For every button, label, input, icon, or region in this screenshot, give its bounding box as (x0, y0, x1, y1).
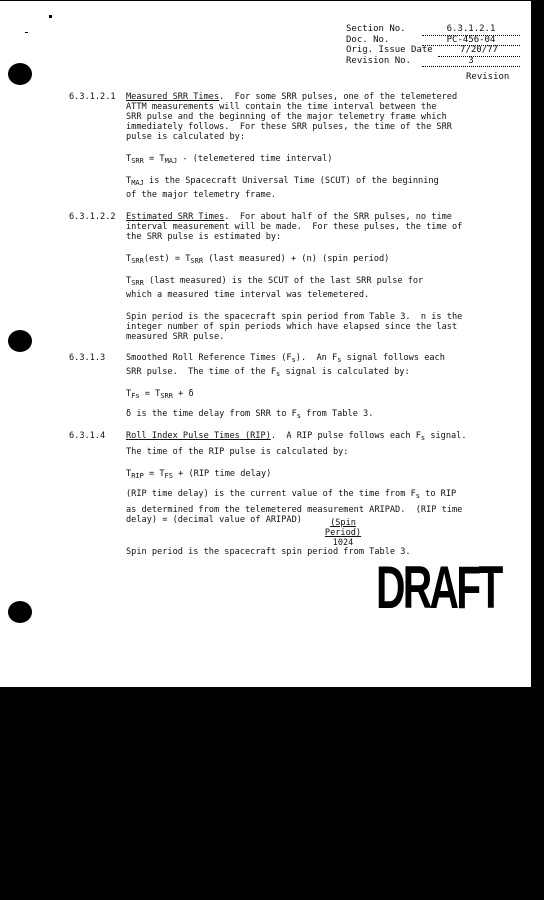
issue-date-row: Orig. Issue Date7/20/77 (346, 46, 520, 57)
section-title: Measured SRR Times (126, 92, 219, 102)
scan-speck (49, 15, 52, 18)
scan-speck (25, 32, 28, 33)
section-title: Smoothed Roll Reference Times (F (126, 353, 292, 363)
punch-hole (8, 63, 32, 85)
body-line: as determined from the telemetered measu… (126, 505, 462, 515)
revision-number-row: Revision No.3 (346, 57, 520, 68)
revision-label: Revision (466, 72, 509, 82)
punch-hole (8, 601, 32, 623)
section-body: Estimated SRR Times. For about half of t… (126, 212, 452, 222)
section-body: Measured SRR Times. For some SRR pulses,… (126, 92, 457, 102)
body-line: integer number of spin periods which hav… (126, 322, 457, 332)
fraction-spin-period: (Spin Period) 1024 (311, 518, 375, 548)
body-line: Spin period is the spacecraft spin perio… (126, 547, 411, 557)
equation-tfs: TFs = TSRR + δ (126, 389, 194, 399)
body-line: immediately follows. For these SRR pulse… (126, 122, 452, 132)
section-number-row: Section No.6.3.1.2.1 (346, 25, 520, 36)
section-body: Smoothed Roll Reference Times (Fs). An F… (126, 353, 445, 363)
section-number-6-3-1-4: 6.3.1.4 (69, 431, 105, 441)
definition-rip-delay: (RIP time delay) is the current value of… (126, 489, 456, 499)
draft-stamp: DRAFT (376, 560, 501, 616)
section-number-6-3-1-2-2: 6.3.1.2.2 (69, 212, 116, 222)
body-line: interval measurement will be made. For t… (126, 222, 462, 232)
definition-tsrr-last: TSRR (last measured) is the SCUT of the … (126, 276, 423, 286)
issue-date: 7/20/77 (438, 46, 520, 57)
revision-number: 3 (422, 57, 520, 68)
definition-tmaj: TMAJ is the Spacecraft Universal Time (S… (126, 176, 439, 186)
body-line: delay) = (decimal value of ARIPAD) (126, 515, 307, 525)
body-line: The time of the RIP pulse is calculated … (126, 447, 348, 457)
body-line: measured SRR pulse. (126, 332, 224, 342)
section-number-6-3-1-2-1: 6.3.1.2.1 (69, 92, 116, 102)
page-top-border (0, 0, 531, 1)
section-title: Estimated SRR Times (126, 212, 224, 222)
body-line: of the major telemetry frame. (126, 190, 276, 200)
document-page: Section No.6.3.1.2.1 Doc. No.PC-456-04 O… (0, 0, 531, 687)
document-header-block: Section No.6.3.1.2.1 Doc. No.PC-456-04 O… (346, 25, 520, 67)
definition-delta: δ is the time delay from SRR to Fs from … (126, 409, 373, 419)
punch-hole (8, 330, 32, 352)
section-title: Roll Index Pulse Times (RIP) (126, 431, 271, 441)
equation-tsrr: TSRR = TMAJ - (telemetered time interval… (126, 154, 332, 164)
equation-trip: TRIP = TFS + (RIP time delay) (126, 469, 271, 479)
body-line: pulse is calculated by: (126, 132, 245, 142)
section-number: 6.3.1.2.1 (422, 25, 520, 36)
body-line: SRR pulse. The time of the Fs signal is … (126, 367, 410, 377)
equation-tsrr-est: TSRR(est) = TSRR (last measured) + (n) (… (126, 254, 389, 264)
body-line: Spin period is the spacecraft spin perio… (126, 312, 462, 322)
body-line: which a measured time interval was telem… (126, 290, 369, 300)
body-line: the SRR pulse is estimated by: (126, 232, 281, 242)
section-number-6-3-1-3: 6.3.1.3 (69, 353, 105, 363)
section-body: Roll Index Pulse Times (RIP). A RIP puls… (126, 431, 467, 441)
body-line: ATTM measurements will contain the time … (126, 102, 436, 112)
body-line: SRR pulse and the beginning of the major… (126, 112, 447, 122)
